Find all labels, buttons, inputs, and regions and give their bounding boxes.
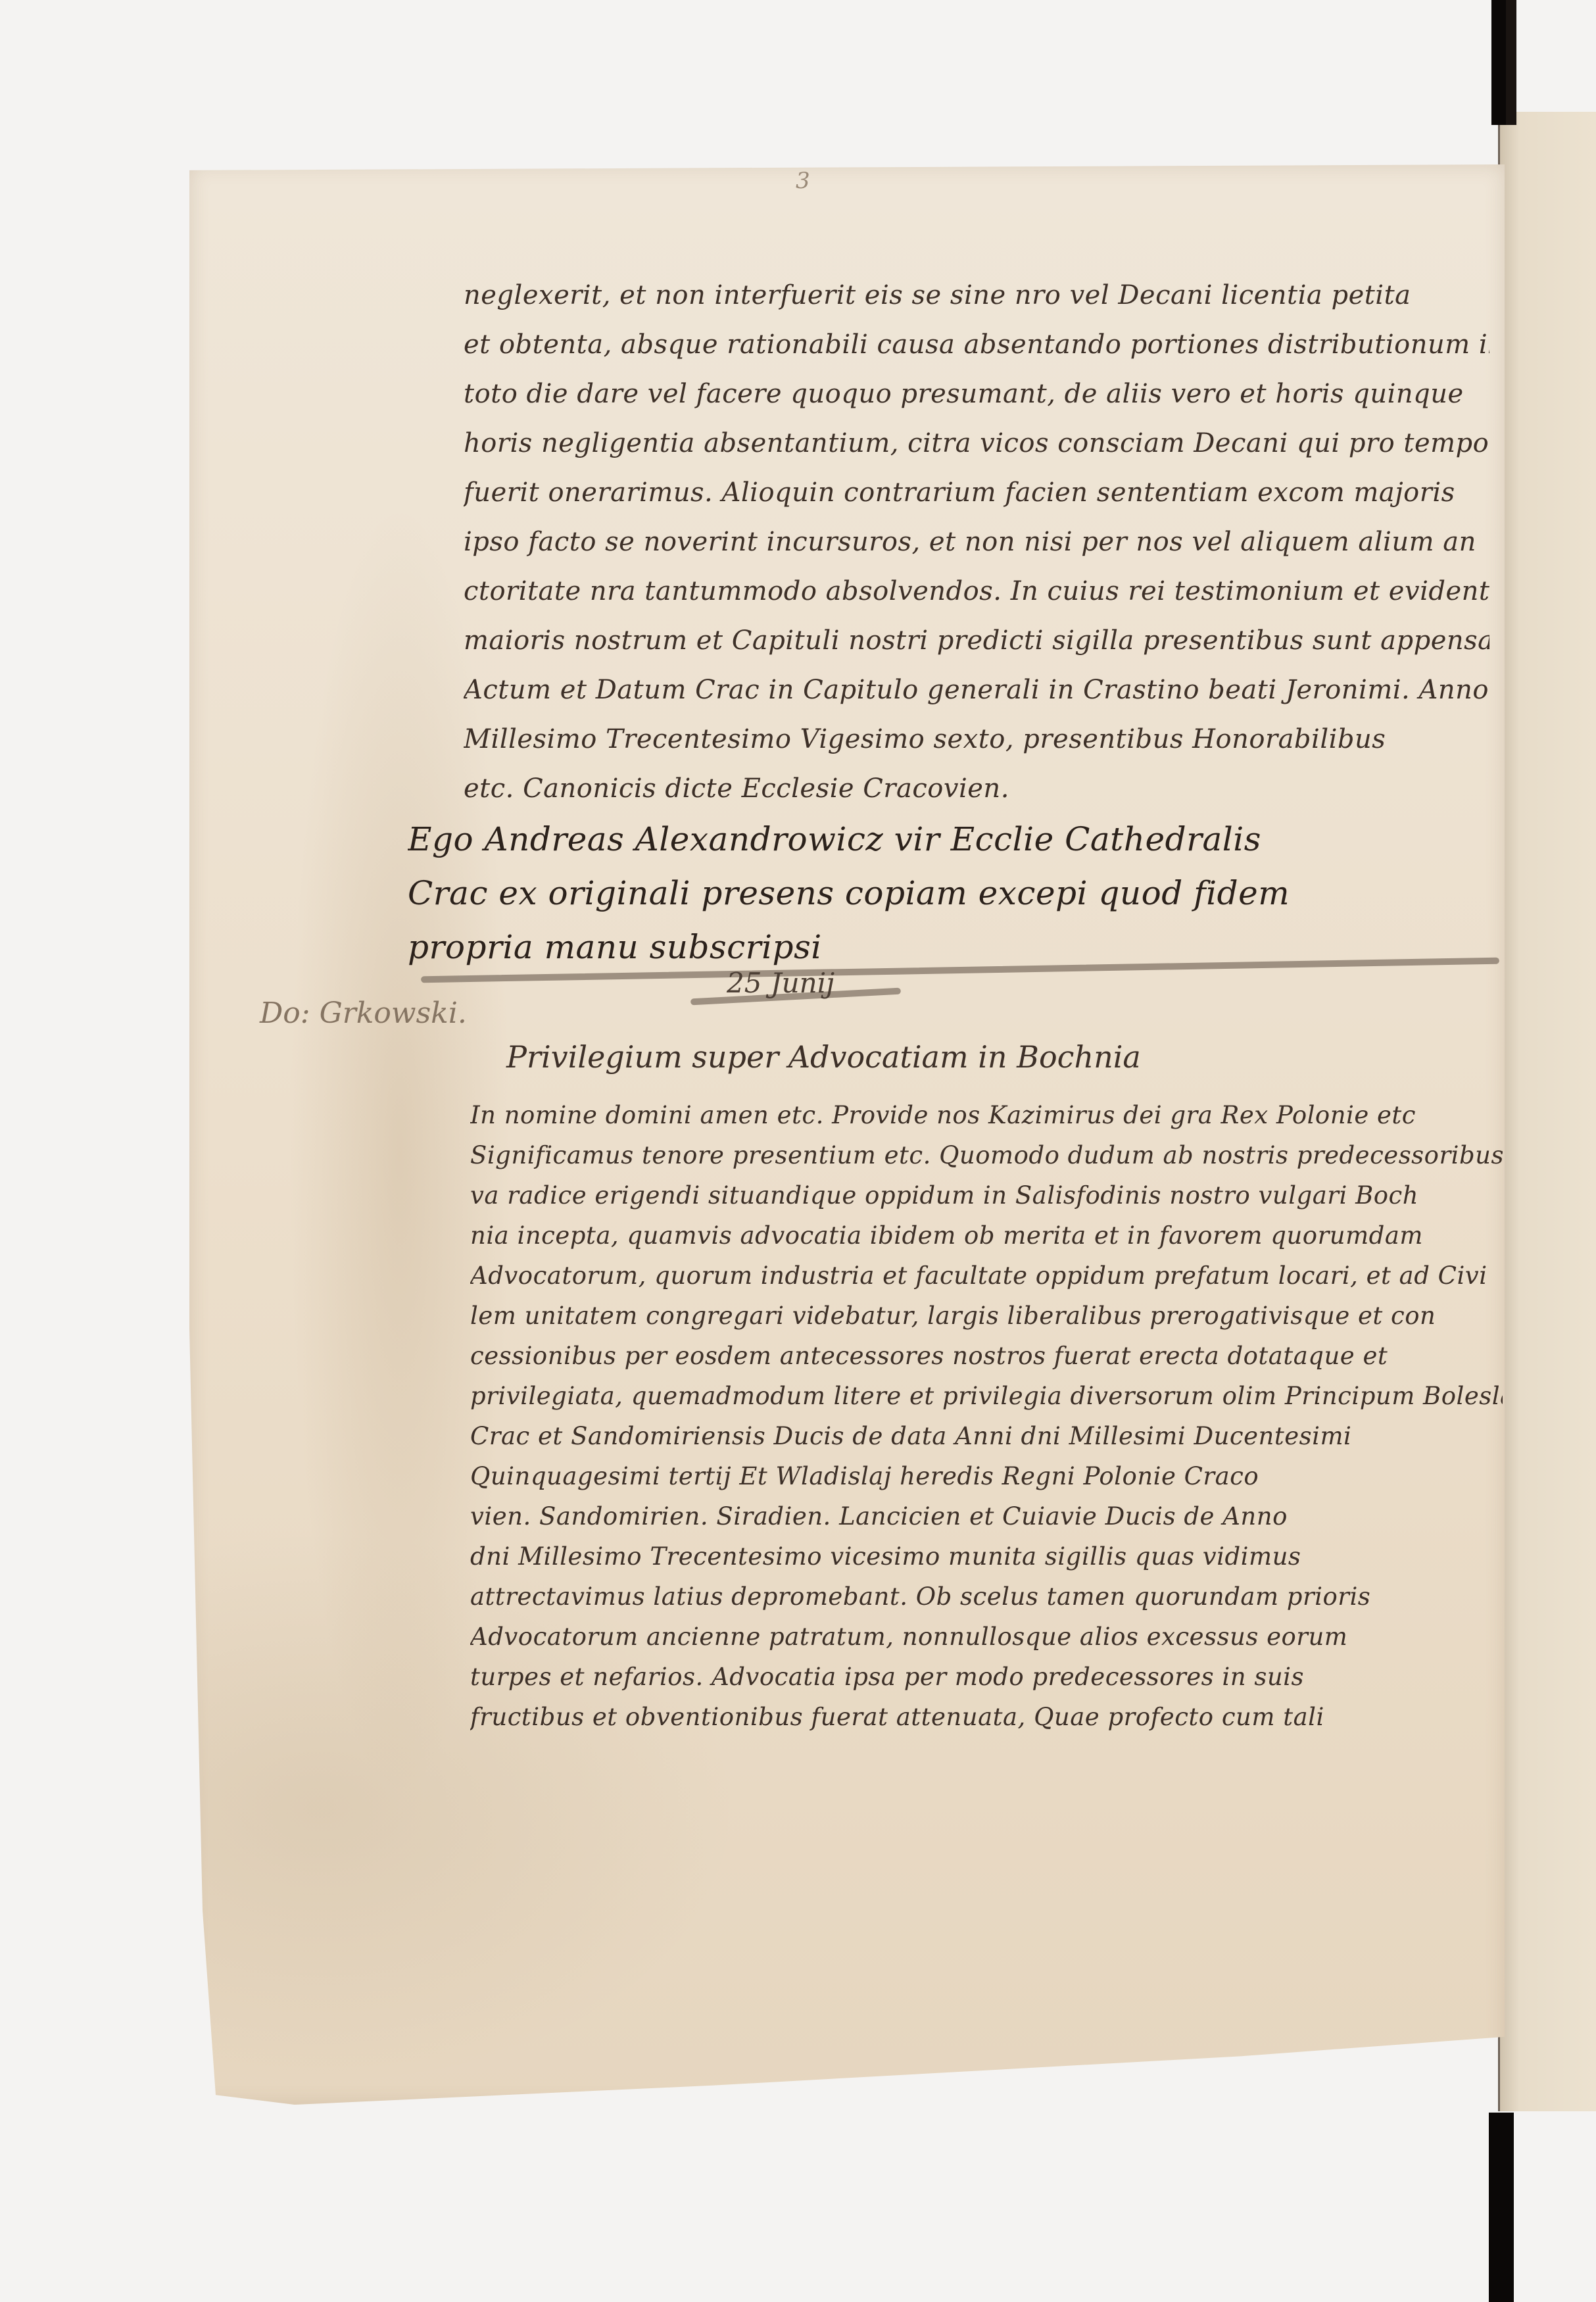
text-line: ipso facto se noverint incursuros, et no… [464, 518, 1489, 567]
text-line: Quinquagesimi tertij Et Wladislaj heredi… [470, 1456, 1503, 1496]
text-line: Actum et Datum Crac in Capitulo generali… [464, 666, 1489, 715]
text-line: vien. Sandomirien. Siradien. Lancicien e… [470, 1496, 1503, 1536]
text-line: dni Millesimo Trecentesimo vicesimo muni… [470, 1536, 1503, 1577]
text-line: Advocatorum ancienne patratum, nonnullos… [470, 1617, 1503, 1657]
text-line: attrectavimus latius depromebant. Ob sce… [470, 1577, 1503, 1617]
text-line: fuerit onerarimus. Alioquin contrarium f… [464, 468, 1489, 518]
text-line: cessionibus per eosdem antecessores nost… [470, 1336, 1503, 1376]
text-line: et obtenta, absque rationabili causa abs… [464, 320, 1489, 370]
text-line: toto die dare vel facere quoquo presuman… [464, 370, 1489, 419]
text-line: Significamus tenore presentium etc. Quom… [470, 1135, 1503, 1175]
section-heading: Privilegium super Advocatiam in Bochnia [506, 1039, 1141, 1075]
text-block-2: In nomine domini amen etc. Provide nos K… [470, 1095, 1503, 1737]
text-line: privilegiata, quemadmodum litere et priv… [470, 1376, 1503, 1416]
binding-strip-top-2 [1506, 0, 1516, 125]
subscription-line: Ego Andreas Alexandrowicz vir Ecclie Cat… [408, 812, 1493, 866]
date-note: 25 Junij [727, 967, 834, 999]
subscription-line: Crac ex originali presens copiam excepi … [408, 866, 1493, 920]
text-line: turpes et nefarios. Advocatia ipsa per m… [470, 1657, 1503, 1697]
text-line: Millesimo Trecentesimo Vigesimo sexto, p… [464, 715, 1489, 764]
text-block-1: neglexerit, et non interfuerit eis se si… [464, 271, 1489, 814]
folio-mark: 3 [796, 168, 810, 194]
text-line: In nomine domini amen etc. Provide nos K… [470, 1095, 1503, 1135]
text-line: ctoritate nra tantummodo absolvendos. In… [464, 567, 1489, 616]
text-line: va radice erigendi situandique oppidum i… [470, 1175, 1503, 1215]
text-line: fructibus et obventionibus fuerat attenu… [470, 1697, 1503, 1737]
text-line: horis negligentia absentantium, citra vi… [464, 419, 1489, 468]
text-line: neglexerit, et non interfuerit eis se si… [464, 271, 1489, 320]
binding-strip-top [1491, 0, 1506, 125]
margin-note: Do: Grkowski. [260, 996, 467, 1030]
notary-subscription: Ego Andreas Alexandrowicz vir Ecclie Cat… [408, 812, 1493, 974]
text-line: maioris nostrum et Capituli nostri predi… [464, 616, 1489, 666]
text-line: Crac et Sandomiriensis Ducis de data Ann… [470, 1416, 1503, 1456]
adjacent-page-edge [1498, 112, 1596, 2111]
text-line: nia incepta, quamvis advocatia ibidem ob… [470, 1215, 1503, 1256]
text-line: Advocatorum, quorum industria et faculta… [470, 1256, 1503, 1296]
text-line: lem unitatem congregari videbatur, largi… [470, 1296, 1503, 1336]
text-line: etc. Canonicis dicte Ecclesie Cracovien. [464, 764, 1489, 814]
binding-strip-bottom [1489, 2113, 1514, 2302]
